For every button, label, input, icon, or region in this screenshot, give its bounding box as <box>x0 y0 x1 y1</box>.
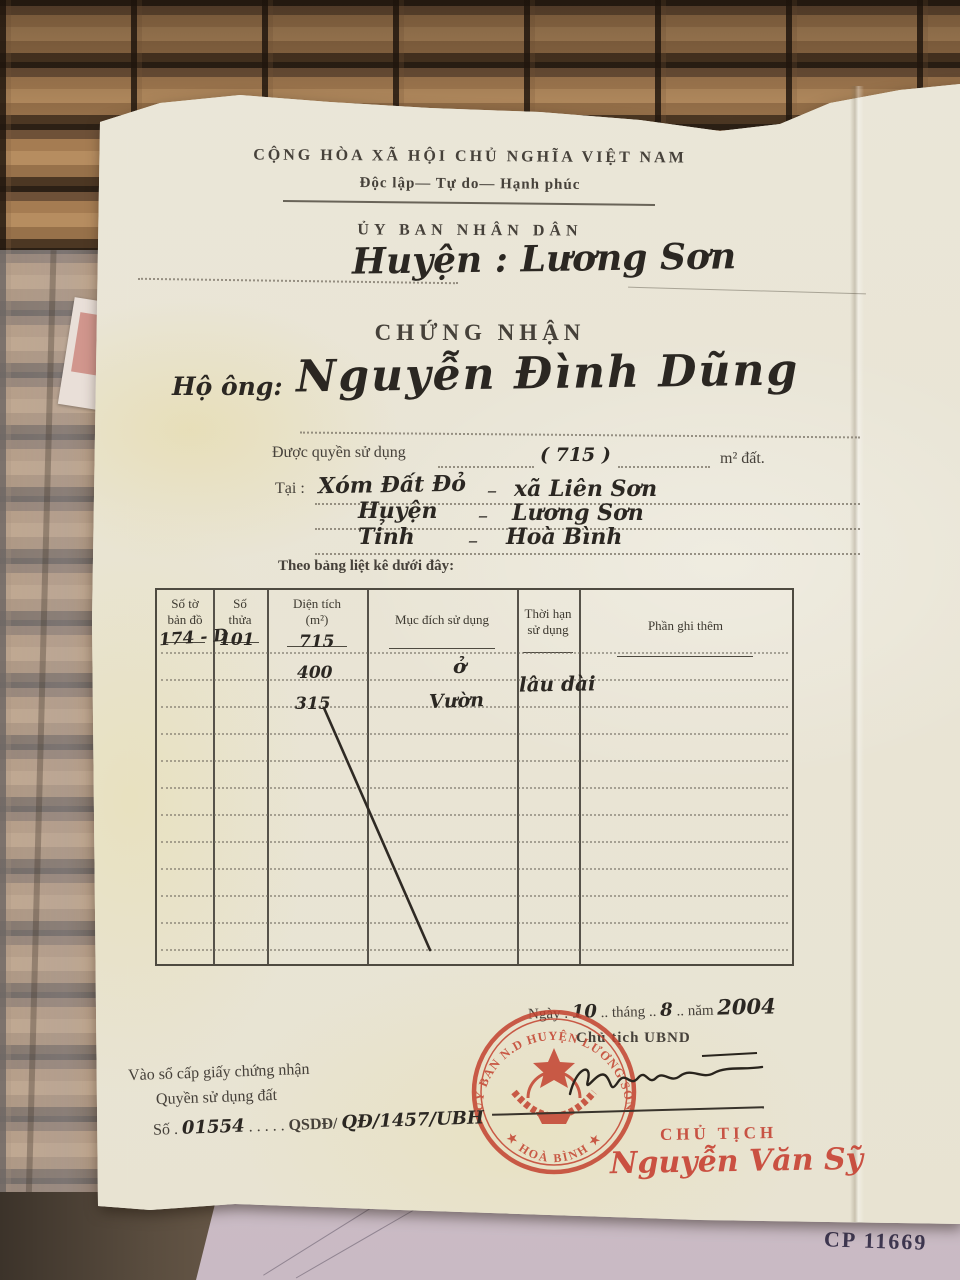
dash: – <box>487 478 497 502</box>
dash: – <box>478 503 488 527</box>
registry-book-number: 01554 <box>182 1116 245 1139</box>
certificate-title: CHỨNG NHẬN <box>330 320 630 346</box>
dash: – <box>468 528 478 552</box>
dotted-line <box>618 466 710 468</box>
district-line-handwritten: Huyện : Lương Sơn <box>352 235 737 282</box>
district-label-hand: Huyện <box>358 498 438 524</box>
paper-fold-crease <box>850 86 864 1222</box>
province-value: Hoà Bình <box>506 524 622 550</box>
date-year: 2004 <box>717 993 776 1019</box>
registry-form-code: QSDĐ/ <box>288 1115 337 1134</box>
location-label: Tại : <box>275 480 305 498</box>
date-sep2: .. năm <box>676 1003 713 1020</box>
stamp-arc-bottom-label: ★ HOÀ BÌNH ★ <box>504 1130 605 1165</box>
province-label-hand: Tỉnh <box>358 524 415 550</box>
area-unit: m² đất. <box>720 450 765 468</box>
diagonal-strike-line <box>157 590 792 964</box>
registry-no-prefix: Số . <box>153 1121 178 1139</box>
table-intro: Theo bảng liệt kê dưới đây: <box>278 558 454 575</box>
chairman-stamp-title: CHỦ TỊCH <box>660 1123 778 1145</box>
registry-dots: . . . . . <box>248 1117 285 1135</box>
date-month: 8 <box>660 1000 673 1021</box>
district-value: Lương Sơn <box>512 500 644 526</box>
dotted-line <box>438 466 534 468</box>
photo-of-land-certificate: CP 11669 CỘNG HÒA XÃ HỘI CHỦ NGHĨA VIỆT … <box>0 0 960 1280</box>
hamlet-value: Xóm Đất Đỏ <box>318 471 466 500</box>
grantee-name: Nguyễn Đình Dũng <box>296 344 800 402</box>
chairman-name-stamp: Nguyễn Văn Sỹ <box>610 1142 864 1181</box>
land-use-right-label: Được quyền sử dụng <box>272 444 406 462</box>
dotted-line <box>315 553 860 555</box>
commune-value: xã Liên Sơn <box>514 476 657 502</box>
area-value: ( 715 ) <box>540 444 611 466</box>
land-parcel-table: Số tờ bản đồ Số thửa Diện tích (m²) Mục … <box>155 588 794 966</box>
grantee-label: Hộ ông: <box>172 372 283 401</box>
